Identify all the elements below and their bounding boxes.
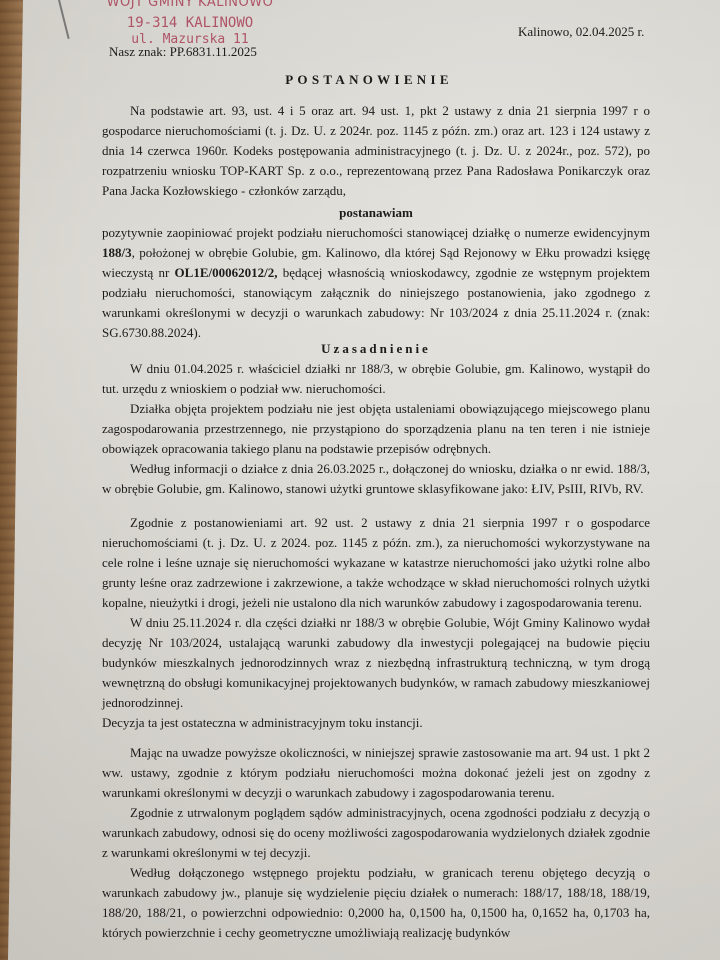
reference-number: Nasz znak: PP.6831.11.2025 (109, 44, 257, 60)
justification-paragraph: W dniu 01.04.2025 r. właściciel działki … (102, 359, 650, 399)
parcel-number: 188/3 (102, 245, 132, 260)
decision-heading: postanawiam (102, 203, 650, 223)
justification-paragraph: Według dołączonego wstępnego projektu po… (102, 863, 650, 943)
justification-paragraph: Zgodnie z utrwalonym poglądem sądów admi… (102, 803, 650, 863)
document-page: WÓJT GMINY KALINOWO 19-314 KALINOWO ul. … (0, 0, 720, 960)
intro-paragraph: Na podstawie art. 93, ust. 4 i 5 oraz ar… (102, 101, 650, 201)
stamp-office-name: WÓJT GMINY KALINOWO (105, 0, 275, 11)
document-title: POSTANOWIENIE (0, 72, 720, 88)
office-stamp: WÓJT GMINY KALINOWO 19-314 KALINOWO ul. … (105, 0, 275, 48)
justification-heading: Uzasadnienie (102, 339, 650, 359)
justification-paragraph: Według informacji o działce z dnia 26.03… (102, 459, 650, 499)
decision-text-1: pozytywnie zaopiniować projekt podziału … (102, 225, 650, 240)
stamp-postal-code: 19-314 KALINOWO (105, 15, 275, 31)
decision-paragraph: pozytywnie zaopiniować projekt podziału … (102, 223, 650, 343)
justification-paragraph: Działka objęta projektem podziału nie je… (102, 399, 650, 459)
justification-paragraph: Zgodnie z postanowieniami art. 92 ust. 2… (102, 513, 650, 613)
justification-paragraph: Decyzja ta jest ostateczna w administrac… (102, 713, 650, 733)
justification-paragraph: Mając na uwadze powyższe okoliczności, w… (102, 743, 650, 803)
justification-section: Uzasadnienie W dniu 01.04.2025 r. właści… (102, 339, 650, 943)
pen-mark (58, 0, 70, 39)
land-register-number: OL1E/00062012/2, (175, 265, 278, 280)
place-and-date: Kalinowo, 02.04.2025 r. (518, 24, 644, 40)
intro-section: Na podstawie art. 93, ust. 4 i 5 oraz ar… (102, 101, 650, 201)
decision-section: postanawiam pozytywnie zaopiniować proje… (102, 203, 650, 343)
justification-paragraph: W dniu 25.11.2024 r. dla części działki … (102, 613, 650, 713)
